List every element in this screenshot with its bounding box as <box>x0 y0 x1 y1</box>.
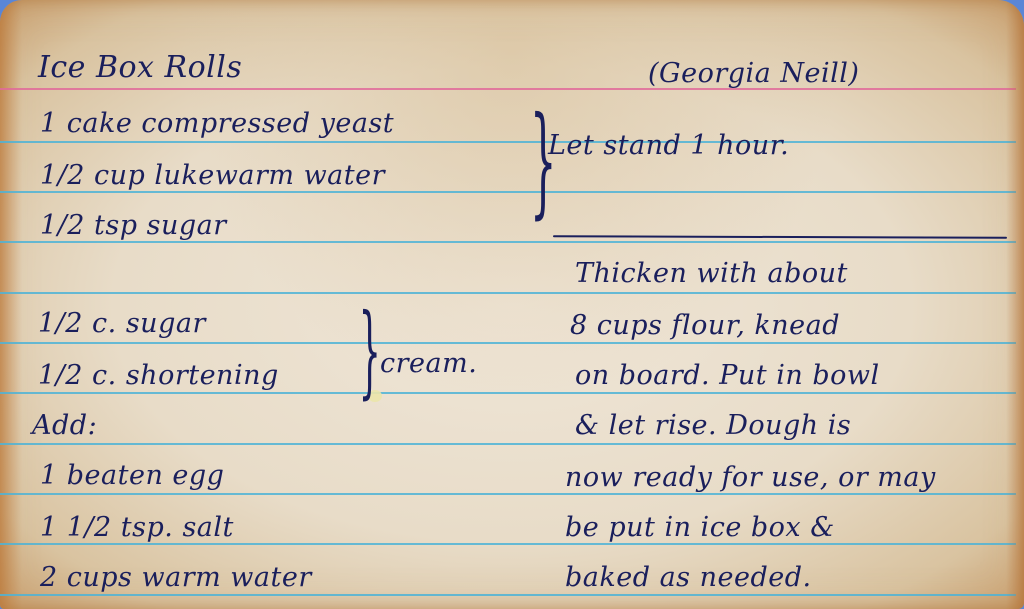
ingredient: 1/2 tsp sugar <box>40 210 227 241</box>
recipe-title: Ice Box Rolls <box>38 50 242 85</box>
recipe-card: Ice Box Rolls (Georgia Neill) 1 cake com… <box>0 0 1024 609</box>
ingredient: 1/2 cup lukewarm water <box>40 160 385 191</box>
header-rule <box>0 88 1016 90</box>
divider-line <box>553 235 1007 239</box>
ruled-line <box>0 191 1016 193</box>
ruled-line <box>0 543 1016 545</box>
instruction-line: 8 cups flour, knead <box>570 310 840 341</box>
add-label: Add: <box>32 410 97 441</box>
group-note: Let stand 1 hour. <box>548 130 789 161</box>
instruction-line: & let rise. Dough is <box>575 410 851 441</box>
ruled-line <box>0 594 1016 596</box>
instruction-line: on board. Put in bowl <box>575 360 880 391</box>
ruled-line <box>0 493 1016 495</box>
ingredient: 1/2 c. shortening <box>38 360 279 391</box>
ingredient: 1 beaten egg <box>40 460 224 491</box>
ingredient: 1 cake compressed yeast <box>40 108 394 139</box>
brace-icon: } <box>359 292 381 409</box>
group-note: cream. <box>380 348 477 379</box>
ruled-line <box>0 392 1016 394</box>
brace-icon: } <box>530 92 557 231</box>
ingredient: 1/2 c. sugar <box>38 308 206 339</box>
instruction-line: baked as needed. <box>565 562 812 593</box>
instruction-line: be put in ice box & <box>565 512 835 543</box>
ruled-line <box>0 292 1016 294</box>
ruled-line <box>0 342 1016 344</box>
ingredient: 1 1/2 tsp. salt <box>40 512 234 543</box>
instruction-line: now ready for use, or may <box>565 462 936 493</box>
ruled-line <box>0 241 1016 243</box>
instruction-line: Thicken with about <box>575 258 848 289</box>
recipe-attribution: (Georgia Neill) <box>648 58 859 89</box>
ruled-line <box>0 443 1016 445</box>
ruled-line <box>0 141 1016 143</box>
ingredient: 2 cups warm water <box>40 562 312 593</box>
